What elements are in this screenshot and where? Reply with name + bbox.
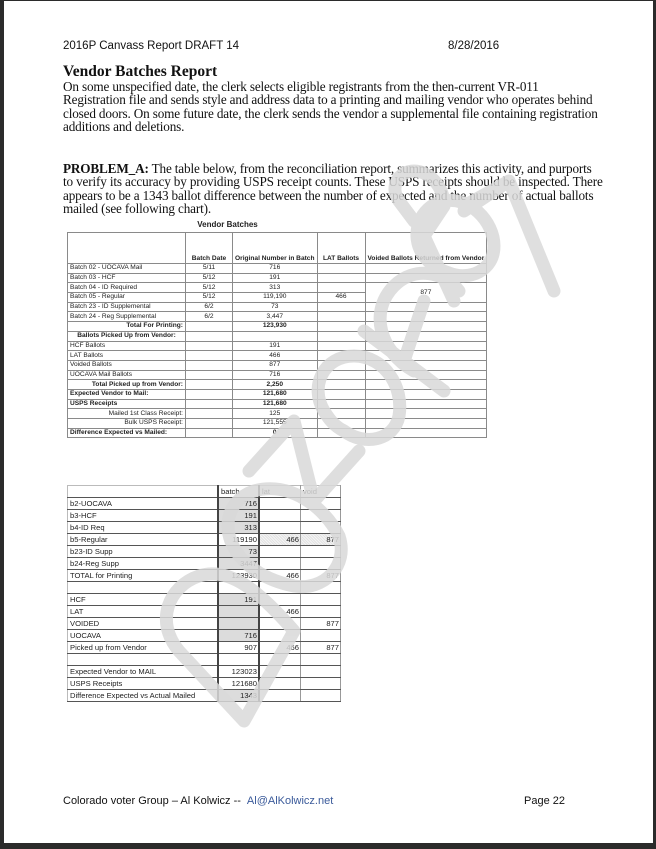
cell-label: HCF bbox=[68, 594, 219, 606]
cell-orig: 73 bbox=[233, 302, 318, 312]
cell-label: Voided Ballots bbox=[68, 360, 186, 370]
cell-orig: 191 bbox=[233, 273, 318, 283]
cell-label bbox=[68, 654, 219, 666]
analysis-table-header-cell bbox=[68, 486, 219, 498]
cell-lat bbox=[259, 666, 301, 678]
cell-lat bbox=[317, 331, 365, 341]
cell-void bbox=[301, 558, 341, 570]
cell-lat: 466 bbox=[259, 570, 301, 582]
cell-void bbox=[365, 399, 487, 409]
table-row: Batch 23 - ID Supplemental6/273 bbox=[68, 302, 487, 312]
cell-batch bbox=[218, 582, 259, 594]
table-row: Expected Vendor to Mail:121,680 bbox=[68, 389, 487, 399]
footer-email-link[interactable]: Al@AlKolwicz.net bbox=[247, 795, 333, 807]
cell-batch: 121680 bbox=[218, 678, 259, 690]
cell-batch: 3447 bbox=[218, 558, 259, 570]
analysis-table: batchlatvoidb2-UOCAVA716b3-HCF191b4-ID R… bbox=[67, 485, 341, 702]
cell-label: b2-UOCAVA bbox=[68, 498, 219, 510]
cell-lat: 466 bbox=[259, 606, 301, 618]
table-row: Total For Printing:123,930 bbox=[68, 322, 487, 332]
problem-paragraph: PROBLEM_A: The table below, from the rec… bbox=[63, 162, 603, 215]
table-row: Batch 02 - UOCAVA Mail5/11716 bbox=[68, 264, 487, 274]
cell-label: UOCAVA bbox=[68, 630, 219, 642]
cell-orig: 716 bbox=[233, 370, 318, 380]
cell-lat bbox=[259, 510, 301, 522]
cell-batch bbox=[218, 618, 259, 630]
table-row: USPS Receipts121680 bbox=[68, 678, 341, 690]
cell-batch: 716 bbox=[218, 630, 259, 642]
cell-lat bbox=[259, 594, 301, 606]
table-row: b23-ID Supp73 bbox=[68, 546, 341, 558]
cell-orig: 3,447 bbox=[233, 312, 318, 322]
cell-void bbox=[365, 322, 487, 332]
table-row: USPS Receipts121,680 bbox=[68, 399, 487, 409]
cell-void: 877 bbox=[301, 570, 341, 582]
table-row: b3-HCF191 bbox=[68, 510, 341, 522]
cell-label: Ballots Picked Up from Vendor: bbox=[68, 331, 186, 341]
table-row: b2-UOCAVA716 bbox=[68, 498, 341, 510]
table-row: HCF Ballots191 bbox=[68, 341, 487, 351]
vendor-batches-table: Batch DateOriginal Number in BatchLAT Ba… bbox=[67, 232, 487, 438]
cell-date bbox=[186, 341, 233, 351]
cell-lat bbox=[259, 618, 301, 630]
table-row: Batch 24 - Reg Supplemental6/23,447 bbox=[68, 312, 487, 322]
cell-orig: 121,680 bbox=[233, 389, 318, 399]
table-row: Expected Vendor to MAIL123023 bbox=[68, 666, 341, 678]
cell-void bbox=[365, 409, 487, 419]
cell-lat bbox=[317, 283, 365, 293]
cell-label: TOTAL for Printing bbox=[68, 570, 219, 582]
cell-void bbox=[301, 510, 341, 522]
cell-date bbox=[186, 409, 233, 419]
cell-batch: 73 bbox=[218, 546, 259, 558]
cell-batch: 191 bbox=[218, 594, 259, 606]
footer-page-number: Page 22 bbox=[524, 795, 565, 807]
table-row: UOCAVA716 bbox=[68, 630, 341, 642]
cell-date: 6/2 bbox=[186, 302, 233, 312]
cell-label: Total For Printing: bbox=[68, 322, 186, 332]
cell-lat bbox=[317, 264, 365, 274]
cell-void: 877 bbox=[301, 534, 341, 546]
cell-void bbox=[301, 498, 341, 510]
cell-orig: 716 bbox=[233, 264, 318, 274]
cell-date bbox=[186, 419, 233, 429]
cell-date: 6/2 bbox=[186, 312, 233, 322]
cell-void bbox=[365, 312, 487, 322]
cell-lat bbox=[317, 341, 365, 351]
cell-lat bbox=[317, 380, 365, 390]
cell-void bbox=[365, 331, 487, 341]
cell-orig: 0 bbox=[233, 428, 318, 438]
document-page: 2016P Canvass Report DRAFT 14 8/28/2016 … bbox=[4, 1, 653, 843]
cell-batch bbox=[218, 654, 259, 666]
table-row: TOTAL for Printing123930466877 bbox=[68, 570, 341, 582]
vendor-table-header-cell: Batch Date bbox=[186, 233, 233, 264]
cell-label: Expected Vendor to MAIL bbox=[68, 666, 219, 678]
table-row: Voided Ballots877 bbox=[68, 360, 487, 370]
cell-date bbox=[186, 380, 233, 390]
cell-orig: 191 bbox=[233, 341, 318, 351]
cell-void bbox=[301, 678, 341, 690]
cell-batch: 123930 bbox=[218, 570, 259, 582]
table-row: UOCAVA Mail Ballots716 bbox=[68, 370, 487, 380]
table-row: VOIDED877 bbox=[68, 618, 341, 630]
cell-lat: 466 bbox=[259, 534, 301, 546]
cell-label: Batch 02 - UOCAVA Mail bbox=[68, 264, 186, 274]
cell-batch: 123023 bbox=[218, 666, 259, 678]
cell-void: 877 bbox=[301, 618, 341, 630]
cell-batch: 119190 bbox=[218, 534, 259, 546]
table-row: Batch 04 - ID Required5/12313877 bbox=[68, 283, 487, 293]
table-row bbox=[68, 654, 341, 666]
cell-date bbox=[186, 399, 233, 409]
vendor-table-header-cell bbox=[68, 233, 186, 264]
cell-void bbox=[365, 351, 487, 361]
cell-label: Expected Vendor to Mail: bbox=[68, 389, 186, 399]
cell-date: 5/12 bbox=[186, 293, 233, 303]
table-row: b24-Reg Supp3447 bbox=[68, 558, 341, 570]
cell-void bbox=[365, 370, 487, 380]
table-row: LAT Ballots466 bbox=[68, 351, 487, 361]
table-row: Total Picked up from Vendor:2,250 bbox=[68, 380, 487, 390]
table-row: Difference Expected vs Mailed:0 bbox=[68, 428, 487, 438]
cell-label: Picked up from Vendor bbox=[68, 642, 219, 654]
cell-lat bbox=[317, 273, 365, 283]
table-row: b5-Regular119190466877 bbox=[68, 534, 341, 546]
cell-void: 877 bbox=[365, 283, 487, 302]
table-row: Batch 03 - HCF5/12191 bbox=[68, 273, 487, 283]
cell-label: b23-ID Supp bbox=[68, 546, 219, 558]
cell-void bbox=[301, 654, 341, 666]
cell-date bbox=[186, 322, 233, 332]
cell-lat bbox=[259, 498, 301, 510]
analysis-table-header-cell: lat bbox=[259, 486, 301, 498]
analysis-table-header-row: batchlatvoid bbox=[68, 486, 341, 498]
table-row: HCF191 bbox=[68, 594, 341, 606]
analysis-table-header-cell: batch bbox=[218, 486, 259, 498]
table-row: Picked up from Vendor907466877 bbox=[68, 642, 341, 654]
cell-label: Bulk USPS Receipt: bbox=[68, 419, 186, 429]
cell-lat: 466 bbox=[259, 642, 301, 654]
cell-label: Batch 23 - ID Supplemental bbox=[68, 302, 186, 312]
cell-lat bbox=[259, 678, 301, 690]
cell-label: b4-ID Req bbox=[68, 522, 219, 534]
cell-lat: 466 bbox=[317, 293, 365, 303]
table-row bbox=[68, 582, 341, 594]
cell-void bbox=[301, 666, 341, 678]
table-row: b4-ID Req313 bbox=[68, 522, 341, 534]
table-row: Mailed 1st Class Receipt:125 bbox=[68, 409, 487, 419]
cell-label: LAT bbox=[68, 606, 219, 618]
cell-void bbox=[301, 546, 341, 558]
cell-batch: 716 bbox=[218, 498, 259, 510]
cell-batch bbox=[218, 606, 259, 618]
cell-date bbox=[186, 428, 233, 438]
cell-label: Batch 03 - HCF bbox=[68, 273, 186, 283]
cell-void bbox=[301, 630, 341, 642]
cell-void bbox=[301, 594, 341, 606]
cell-lat bbox=[317, 302, 365, 312]
cell-date bbox=[186, 389, 233, 399]
footer-author: Colorado voter Group – Al Kolwicz -- bbox=[63, 795, 241, 807]
cell-lat bbox=[317, 360, 365, 370]
cell-lat bbox=[317, 428, 365, 438]
cell-orig: 2,250 bbox=[233, 380, 318, 390]
cell-void bbox=[365, 360, 487, 370]
cell-lat bbox=[317, 409, 365, 419]
vendor-table-title: Vendor Batches bbox=[67, 220, 388, 229]
cell-orig: 123,930 bbox=[233, 322, 318, 332]
cell-orig: 466 bbox=[233, 351, 318, 361]
cell-void bbox=[365, 389, 487, 399]
header-doc-title: 2016P Canvass Report DRAFT 14 bbox=[63, 40, 239, 52]
cell-lat bbox=[317, 351, 365, 361]
table-row: Bulk USPS Receipt:121,555 bbox=[68, 419, 487, 429]
cell-void bbox=[365, 380, 487, 390]
cell-label bbox=[68, 582, 219, 594]
intro-paragraph: On some unspecified date, the clerk sele… bbox=[63, 80, 603, 133]
cell-label: b3-HCF bbox=[68, 510, 219, 522]
cell-date: 5/12 bbox=[186, 283, 233, 293]
cell-orig bbox=[233, 331, 318, 341]
cell-lat bbox=[259, 690, 301, 702]
table-row: Ballots Picked Up from Vendor: bbox=[68, 331, 487, 341]
cell-batch: 313 bbox=[218, 522, 259, 534]
cell-label: Batch 04 - ID Required bbox=[68, 283, 186, 293]
cell-lat bbox=[317, 399, 365, 409]
cell-label: USPS Receipts bbox=[68, 399, 186, 409]
cell-label: b24-Reg Supp bbox=[68, 558, 219, 570]
table-row: LAT466 bbox=[68, 606, 341, 618]
cell-label: Difference Expected vs Actual Mailed bbox=[68, 690, 219, 702]
cell-date bbox=[186, 360, 233, 370]
cell-label: Mailed 1st Class Receipt: bbox=[68, 409, 186, 419]
cell-label: HCF Ballots bbox=[68, 341, 186, 351]
cell-lat bbox=[259, 630, 301, 642]
cell-void: 877 bbox=[301, 642, 341, 654]
vendor-table-header-cell: LAT Ballots bbox=[317, 233, 365, 264]
table-row: Difference Expected vs Actual Mailed1343 bbox=[68, 690, 341, 702]
cell-batch: 191 bbox=[218, 510, 259, 522]
cell-label: b5-Regular bbox=[68, 534, 219, 546]
cell-lat bbox=[317, 312, 365, 322]
cell-void bbox=[365, 273, 487, 283]
analysis-table-header-cell: void bbox=[301, 486, 341, 498]
cell-lat bbox=[259, 546, 301, 558]
cell-date: 5/12 bbox=[186, 273, 233, 283]
cell-orig: 121,680 bbox=[233, 399, 318, 409]
cell-orig: 125 bbox=[233, 409, 318, 419]
cell-label: Total Picked up from Vendor: bbox=[68, 380, 186, 390]
cell-batch: 1343 bbox=[218, 690, 259, 702]
vendor-table-header-cell: Voided Ballots Returned from Vendor bbox=[365, 233, 487, 264]
cell-label: LAT Ballots bbox=[68, 351, 186, 361]
cell-void bbox=[365, 341, 487, 351]
vendor-table-header-cell: Original Number in Batch bbox=[233, 233, 318, 264]
cell-orig: 877 bbox=[233, 360, 318, 370]
cell-orig: 313 bbox=[233, 283, 318, 293]
cell-orig: 119,190 bbox=[233, 293, 318, 303]
cell-label: Difference Expected vs Mailed: bbox=[68, 428, 186, 438]
cell-label: VOIDED bbox=[68, 618, 219, 630]
cell-date bbox=[186, 331, 233, 341]
cell-void bbox=[301, 690, 341, 702]
cell-lat bbox=[317, 370, 365, 380]
cell-label: UOCAVA Mail Ballots bbox=[68, 370, 186, 380]
cell-void bbox=[301, 522, 341, 534]
cell-date: 5/11 bbox=[186, 264, 233, 274]
cell-lat bbox=[317, 322, 365, 332]
cell-lat bbox=[259, 522, 301, 534]
cell-lat bbox=[317, 389, 365, 399]
cell-label: USPS Receipts bbox=[68, 678, 219, 690]
footer-credit: Colorado voter Group – Al Kolwicz --Al@A… bbox=[63, 795, 333, 807]
cell-void bbox=[301, 606, 341, 618]
cell-void bbox=[365, 264, 487, 274]
cell-label: Batch 05 - Regular bbox=[68, 293, 186, 303]
cell-void bbox=[365, 428, 487, 438]
cell-void bbox=[365, 419, 487, 429]
cell-void bbox=[301, 582, 341, 594]
cell-lat bbox=[259, 558, 301, 570]
cell-date bbox=[186, 351, 233, 361]
cell-date bbox=[186, 370, 233, 380]
cell-label: Batch 24 - Reg Supplemental bbox=[68, 312, 186, 322]
cell-lat bbox=[259, 654, 301, 666]
cell-lat bbox=[317, 419, 365, 429]
cell-orig: 121,555 bbox=[233, 419, 318, 429]
header-date: 8/28/2016 bbox=[448, 40, 499, 52]
cell-batch: 907 bbox=[218, 642, 259, 654]
vendor-table-header-row: Batch DateOriginal Number in BatchLAT Ba… bbox=[68, 233, 487, 264]
cell-lat bbox=[259, 582, 301, 594]
cell-void bbox=[365, 302, 487, 312]
